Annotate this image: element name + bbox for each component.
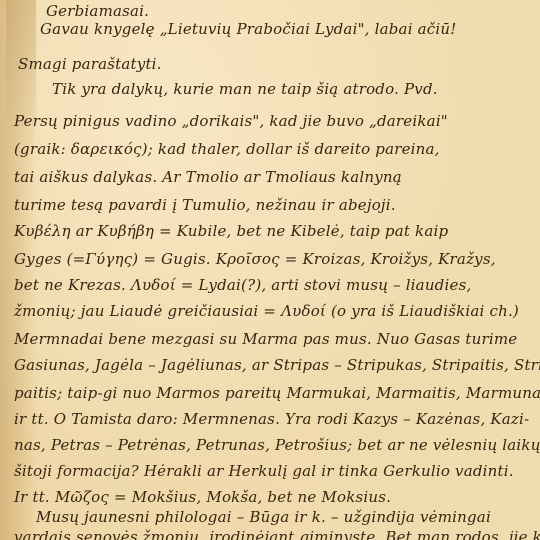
handwritten-line: Gerbiamasai. bbox=[46, 2, 149, 20]
handwritten-line: Gyges (=Γύγης) = Gugis. Κροῖσος = Kroiza… bbox=[14, 250, 496, 268]
handwritten-line: Smagi paraštatyti. bbox=[18, 55, 162, 73]
handwritten-line: Musų jaunesni philologai – Būga ir k. – … bbox=[36, 508, 491, 526]
handwritten-line: Gasiunas, Jagėla – Jagėliunas, ar Stripa… bbox=[14, 356, 540, 374]
handwritten-line: Tik yra dalykų, kurie man ne taip šią at… bbox=[52, 80, 438, 98]
handwritten-line: vardais senovės žmonių, įrodinėjant gimi… bbox=[14, 528, 540, 540]
manuscript-page: Gerbiamasai.Gavau knygelę „Lietuvių Prab… bbox=[0, 0, 540, 540]
handwritten-line: žmonių; jau Liaudė greičiausiai = Λυδοί … bbox=[14, 302, 519, 320]
handwritten-line: Κυβέλη ar Κυβήβη = Kubile, bet ne Kibelė… bbox=[14, 222, 448, 240]
handwritten-line: (graik: δαρεικός); kad thaler, dollar iš… bbox=[14, 140, 440, 158]
handwritten-line: šitoji formacija? Hėrakli ar Herkulį gal… bbox=[14, 462, 514, 480]
handwritten-line: Gavau knygelę „Lietuvių Prabočiai Lydai"… bbox=[40, 20, 457, 38]
paper-stain-top bbox=[6, 0, 36, 160]
handwritten-line: nas, Petras – Petrėnas, Petrunas, Petroš… bbox=[14, 436, 540, 454]
handwritten-line: tai aiškus dalykas. Ar Tmolio ar Tmoliau… bbox=[14, 168, 402, 186]
handwritten-line: Persų pinigus vadino „dorikais", kad jie… bbox=[14, 112, 448, 130]
handwritten-line: Ir tt. Μῶζος = Mokšius, Mokša, bet ne Mo… bbox=[14, 488, 391, 506]
handwritten-line: turime tesą pavardi į Tumulio, nežinau i… bbox=[14, 196, 396, 214]
handwritten-line: ir tt. O Tamista daro: Mermnenas. Yra ro… bbox=[14, 410, 529, 428]
handwritten-line: Mermnadai bene mezgasi su Marma pas mus.… bbox=[14, 330, 517, 348]
handwritten-line: paitis; taip-gi nuo Marmos pareitų Marmu… bbox=[14, 384, 540, 402]
handwritten-line: bet ne Krezas. Λυδοί = Lydai(?), arti st… bbox=[14, 276, 471, 294]
